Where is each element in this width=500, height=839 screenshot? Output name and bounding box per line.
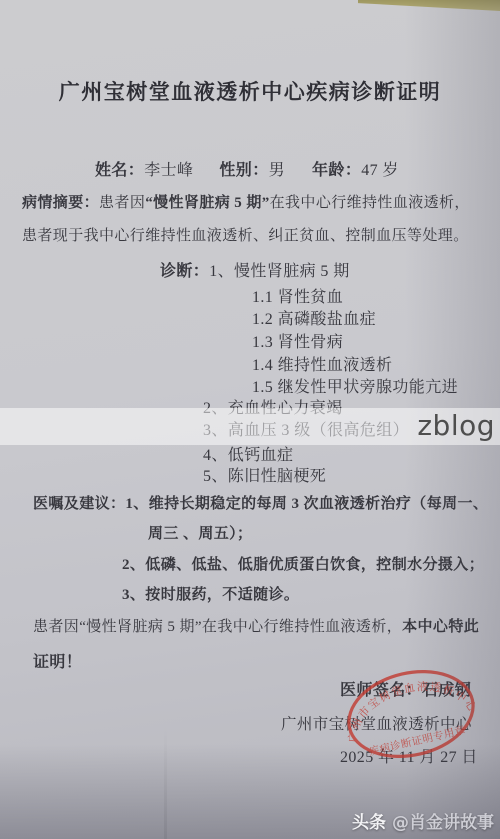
diagnosis-label: 诊断： [160, 263, 209, 280]
diagnosis-item: 4、低钙血症 [203, 442, 293, 465]
diagnosis-subitem: 1.5 继发性甲状旁腺功能亢进 [252, 374, 458, 397]
advice-item-2: 2、低磷、低盐、低脂优质蛋白饮食，控制水分摄入； [122, 553, 484, 574]
platform-handle: @肖金讲故事 [392, 813, 494, 833]
summary-line-2: 患者现于我中心行维持性血液透析、纠正贫血、控制血压等处理。 [22, 224, 469, 245]
zblog-watermark: zblog [417, 409, 495, 442]
summary-text: 患者因 [99, 195, 145, 211]
closing-text: 患者因“慢性肾脏病 5 期”在我中心行维持性血液透析， [33, 619, 402, 635]
age-label: 年龄： [312, 162, 361, 179]
gender-label: 性别： [219, 162, 268, 179]
advice-item-1: 1、维持长期稳定的每周 3 次血液透析治疗（每周一、 [125, 496, 488, 512]
advice-line-1b: 周三 、周五）； [148, 522, 252, 543]
watermark-band: zblog [0, 408, 500, 445]
name-label: 姓名： [95, 162, 144, 179]
diagnosis-subitem: 1.3 肾性骨病 [252, 329, 343, 352]
table-background-edge [358, 0, 500, 11]
advice-label: 医嘱及建议： [33, 496, 125, 512]
closing-line-2: 证明！ [33, 649, 82, 672]
patient-age: 47 岁 [361, 162, 399, 179]
diagnosis-subitem: 1.4 维持性血液透析 [252, 352, 392, 375]
diagnosis-subitem: 1.2 高磷酸盐血症 [252, 306, 376, 329]
summary-line-1: 病情摘要：患者因“慢性肾脏病 5 期”在我中心行维持性血液透析， [22, 191, 470, 212]
platform-brand: 头条 [352, 813, 386, 833]
patient-gender: 男 [269, 162, 285, 179]
advice-line-1: 医嘱及建议：1、维持长期稳定的每周 3 次血液透析治疗（每周一、 [33, 492, 488, 513]
photo-of-diagnosis-certificate: 广州宝树堂血液透析中心疾病诊断证明 姓名：李士峰性别：男年龄：47 岁 病情摘要… [0, 0, 500, 839]
diagnosis-item: 5、陈旧性脑梗死 [203, 463, 326, 486]
paper-crease [164, 724, 167, 839]
platform-watermark: 头条@肖金讲故事 [352, 808, 494, 833]
summary-text-cont: 在我中心行维持性血液透析， [270, 195, 470, 211]
summary-label: 病情摘要： [22, 195, 99, 211]
patient-info-row: 姓名：李士峰性别：男年龄：47 岁 [95, 157, 399, 180]
patient-name: 李士峰 [144, 162, 193, 179]
closing-text-bold: 本中心特此 [402, 619, 479, 635]
diagnosis-head: 诊断：1、慢性肾脏病 5 期 [160, 258, 350, 281]
summary-quote: “慢性肾脏病 5 期” [145, 195, 269, 211]
certificate-title: 广州宝树堂血液透析中心疾病诊断证明 [0, 76, 500, 106]
official-stamp: 广州市宝树堂血液透析中心 疾病诊断证明专用章 [336, 660, 486, 770]
diagnosis-subitem: 1.1 肾性贫血 [252, 284, 343, 307]
closing-line-1: 患者因“慢性肾脏病 5 期”在我中心行维持性血液透析，本中心特此 [33, 615, 479, 636]
advice-item-3: 3、按时服药，不适随诊。 [122, 583, 299, 604]
diagnosis-item-1: 1、慢性肾脏病 5 期 [209, 263, 349, 280]
